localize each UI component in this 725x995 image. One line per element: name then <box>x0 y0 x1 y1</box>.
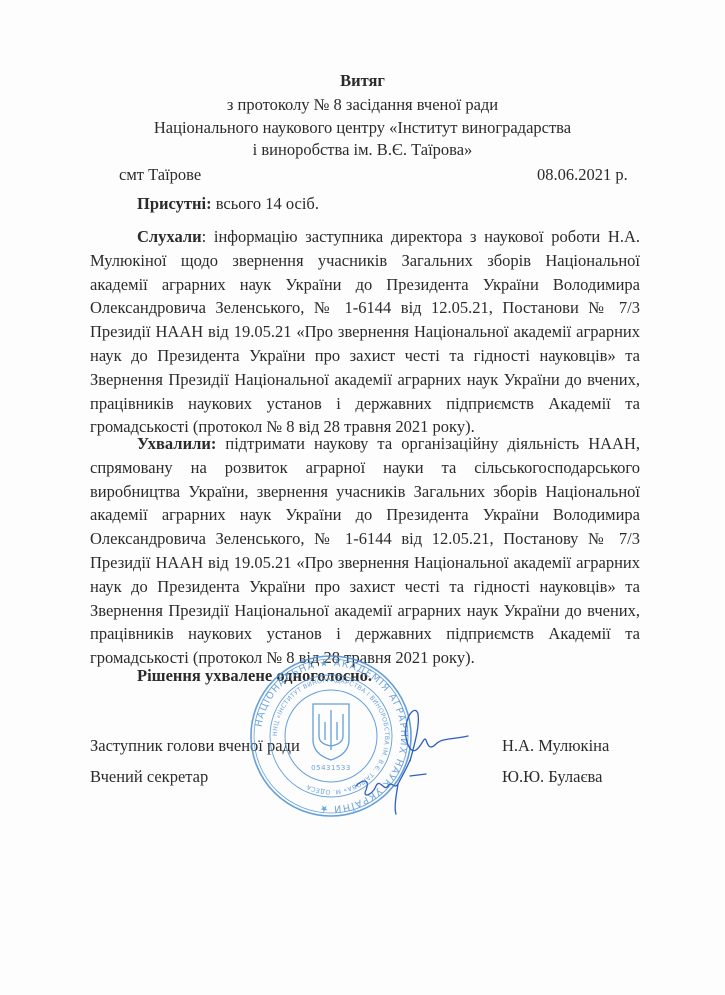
document-page: Витяг з протоколу № 8 засідання вченої р… <box>0 0 725 995</box>
decided-paragraph: Ухвалили: підтримати наукову та організа… <box>90 432 640 670</box>
document-date: 08.06.2021 р. <box>537 165 628 185</box>
decided-label: Ухвалили: <box>137 434 216 453</box>
present-label: Присутні: <box>137 194 212 213</box>
heard-paragraph: Слухали: інформацію заступника директора… <box>90 225 640 439</box>
trident-icon <box>313 704 349 760</box>
svg-text:05431533: 05431533 <box>311 764 351 772</box>
signature-bulaieva-icon <box>350 756 430 816</box>
document-title: Витяг <box>0 70 725 92</box>
subtitle-line-1: з протоколу № 8 засідання вченої ради <box>0 94 725 116</box>
heard-text: : інформацію заступника директора з наук… <box>90 227 640 436</box>
document-place: смт Таїрове <box>119 165 201 185</box>
heard-label: Слухали <box>137 227 202 246</box>
signature-name: Ю.Ю. Булаєва <box>502 767 602 787</box>
signature-name: Н.А. Мулюкіна <box>502 736 609 756</box>
decided-text: підтримати наукову та організаційну діял… <box>90 434 640 667</box>
subtitle-line-2: Національного наукового центру «Інститут… <box>0 117 725 139</box>
subtitle-line-3: і виноробства ім. В.Є. Таїрова» <box>0 139 725 161</box>
present-paragraph: Присутні: всього 14 осіб. <box>90 192 640 216</box>
signature-role: Вчений секретар <box>90 767 208 787</box>
present-text: всього 14 осіб. <box>212 194 319 213</box>
